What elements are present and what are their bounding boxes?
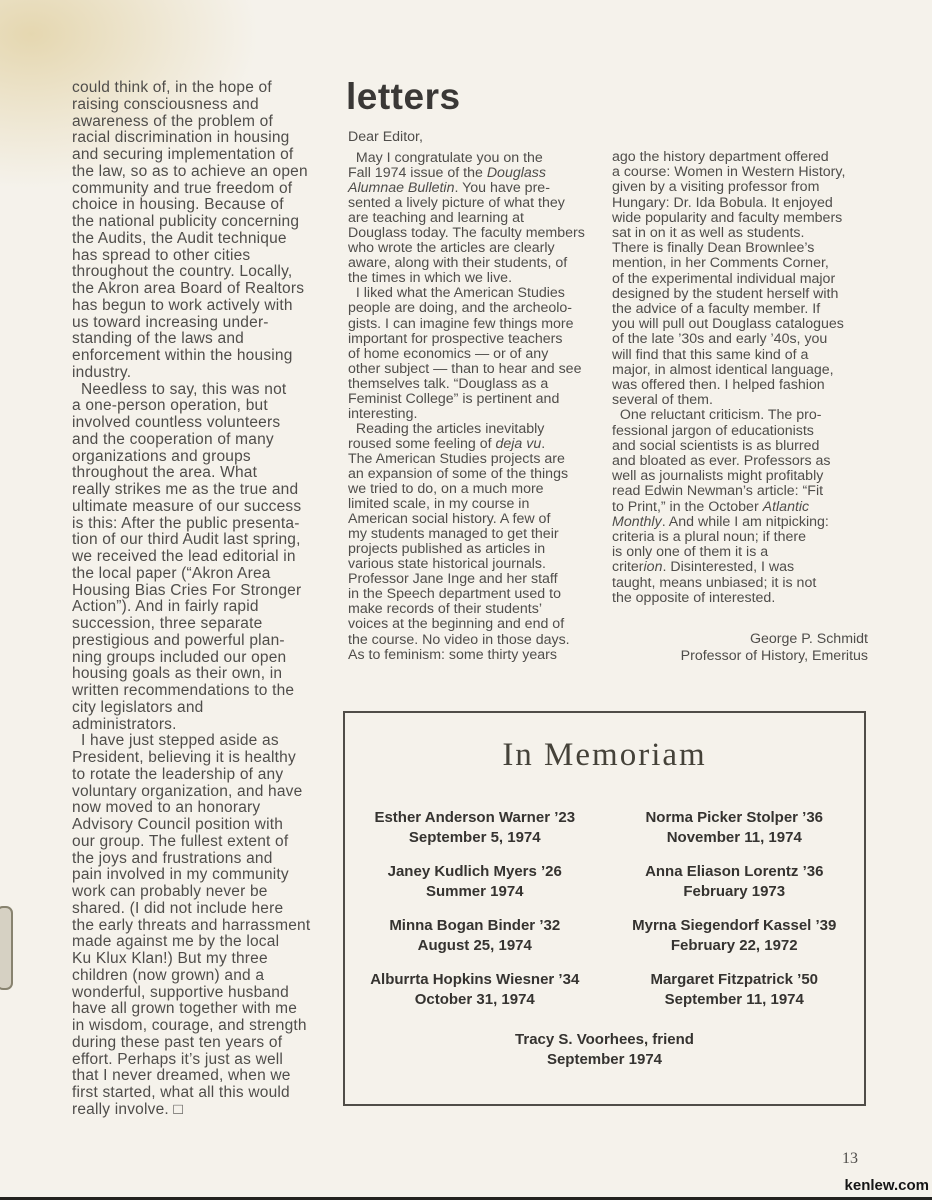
memoriam-right-column: Norma Picker Stolper ’36 November 11, 19…	[605, 808, 865, 1024]
memoriam-date: September 11, 1974	[605, 990, 865, 1010]
letter-body-column-1: May I congratulate you on the Fall 1974 …	[348, 151, 585, 663]
magazine-page: could think of, in the hope of raising c…	[0, 0, 932, 1200]
signature-title: Professor of History, Emeritus	[681, 648, 868, 664]
memoriam-date: September 5, 1974	[345, 828, 605, 848]
memoriam-entry: Esther Anderson Warner ’23 September 5, …	[345, 808, 605, 848]
memoriam-entry: Norma Picker Stolper ’36 November 11, 19…	[605, 808, 865, 848]
memoriam-date: August 25, 1974	[345, 936, 605, 956]
in-memoriam-box: In Memoriam Esther Anderson Warner ’23 S…	[343, 711, 866, 1106]
letter-salutation: Dear Editor,	[348, 129, 423, 145]
memoriam-name: Norma Picker Stolper ’36	[605, 808, 865, 828]
memoriam-entry-center: Tracy S. Voorhees, friend September 1974	[345, 1030, 864, 1070]
memoriam-entry: Margaret Fitzpatrick ’50 September 11, 1…	[605, 970, 865, 1010]
letter-signature: George P. Schmidt Professor of History, …	[600, 631, 868, 664]
memoriam-left-column: Esther Anderson Warner ’23 September 5, …	[345, 808, 605, 1024]
memoriam-entry: Anna Eliason Lorentz ’36 February 1973	[605, 862, 865, 902]
memoriam-entry: Janey Kudlich Myers ’26 Summer 1974	[345, 862, 605, 902]
in-memoriam-title: In Memoriam	[345, 737, 864, 774]
page-number: 13	[842, 1150, 858, 1168]
watermark-text: kenlew.com	[845, 1177, 929, 1194]
binder-mark	[0, 906, 13, 990]
memoriam-entry: Minna Bogan Binder ’32 August 25, 1974	[345, 916, 605, 956]
left-article-text: could think of, in the hope of raising c…	[72, 80, 310, 1119]
memoriam-date: February 1973	[605, 882, 865, 902]
memoriam-date: November 11, 1974	[605, 828, 865, 848]
memoriam-name: Margaret Fitzpatrick ’50	[605, 970, 865, 990]
memoriam-entry: Myrna Siegendorf Kassel ’39 February 22,…	[605, 916, 865, 956]
memoriam-date: October 31, 1974	[345, 990, 605, 1010]
memoriam-name: Esther Anderson Warner ’23	[345, 808, 605, 828]
memoriam-date: September 1974	[345, 1050, 864, 1070]
memoriam-name: Tracy S. Voorhees, friend	[345, 1030, 864, 1050]
memoriam-entry: Alburrta Hopkins Wiesner ’34 October 31,…	[345, 970, 605, 1010]
memoriam-name: Anna Eliason Lorentz ’36	[605, 862, 865, 882]
memoriam-columns: Esther Anderson Warner ’23 September 5, …	[345, 808, 864, 1024]
memoriam-name: Myrna Siegendorf Kassel ’39	[605, 916, 865, 936]
memoriam-name: Minna Bogan Binder ’32	[345, 916, 605, 936]
memoriam-date: Summer 1974	[345, 882, 605, 902]
letter-body-column-2: ago the history department offered a cou…	[612, 150, 845, 606]
memoriam-name: Janey Kudlich Myers ’26	[345, 862, 605, 882]
memoriam-name: Alburrta Hopkins Wiesner ’34	[345, 970, 605, 990]
memoriam-date: February 22, 1972	[605, 936, 865, 956]
signature-name: George P. Schmidt	[750, 631, 868, 647]
letters-section-title: letters	[346, 78, 461, 115]
